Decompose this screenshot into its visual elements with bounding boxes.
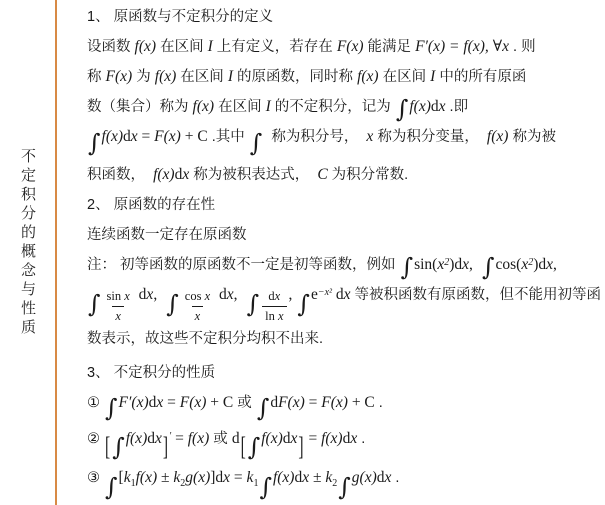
integral-sign: ∫ <box>88 131 101 155</box>
integral-sign: ∫ <box>105 475 118 499</box>
big-bracket: [ <box>105 433 110 464</box>
text-run: 或 <box>233 391 256 412</box>
math-italic: F(x) <box>106 68 133 86</box>
superscript: ′ <box>169 431 171 442</box>
text-run: 称为被 <box>508 125 556 146</box>
property-3: ③ ∫[k1f(x) ± k2g(x)]dx = k1∫f(x)dx ± k2∫… <box>87 469 601 505</box>
text-run: 中的所有原函 <box>435 65 526 86</box>
note-line-1: 注： 初等函数的原函数不一定是初等函数，例如 ∫sin(x2)dx, ∫cos(… <box>87 253 601 283</box>
existence-statement: 连续函数一定存在原函数 <box>87 223 601 253</box>
math-italic: x <box>195 309 201 323</box>
text-run <box>473 257 481 273</box>
integral-sign: ∫ <box>166 292 179 316</box>
section-1-heading: 1、 原函数与不定积分的定义 <box>87 5 601 35</box>
math-italic: f(x) <box>273 469 295 487</box>
math-italic: x <box>437 256 444 274</box>
math-roman: + C <box>348 394 375 412</box>
math-italic: F′(x) = f(x), <box>415 38 489 56</box>
math-italic: x <box>124 289 130 303</box>
math-italic: x <box>182 166 189 184</box>
math-roman: + C <box>206 394 233 412</box>
math-roman: d <box>135 286 147 304</box>
big-bracket: ] <box>163 433 168 464</box>
text-run: 连续函数一定存在原函数 <box>87 223 247 244</box>
subscript: 1 <box>253 478 258 489</box>
text-run: ③ <box>87 470 104 486</box>
math-roman: e <box>311 286 318 304</box>
integral-sign: ∫ <box>112 435 125 459</box>
math-italic: f(x) <box>153 166 175 184</box>
text-run: ② <box>87 431 104 447</box>
math-roman: = <box>163 394 180 412</box>
note-line-2: ∫sin xx dx, ∫cos xx dx, ∫dxln x, ∫e−x² d… <box>87 283 601 327</box>
math-italic: x <box>521 256 528 274</box>
math-italic: x <box>350 430 357 448</box>
text-run: 数（集合）称为 <box>87 95 193 116</box>
text-run: 3、 不定积分的性质 <box>87 361 215 382</box>
math-italic: F(x) <box>154 128 181 146</box>
note-line-3: 数表示，故这些不定积分均积不出来. <box>87 327 601 361</box>
integral-sign: ∫ <box>401 255 414 279</box>
math-italic: x <box>227 286 234 304</box>
text-run: 注： 初等函数的原函数不一定是初等函数，例如 <box>87 253 400 274</box>
section-2-heading: 2、 原函数的存在性 <box>87 193 601 223</box>
math-roman: , <box>553 256 557 274</box>
math-italic: f(x) <box>126 430 148 448</box>
fraction: dxln x <box>262 287 286 325</box>
math-roman: = <box>305 430 322 448</box>
text-run: . <box>391 470 399 486</box>
chapter-title-vertical: 不定积分的概念与性质 <box>17 148 38 338</box>
math-roman: + C <box>181 128 208 146</box>
integral-sign: ∫ <box>396 97 409 121</box>
math-roman: d <box>147 430 155 448</box>
math-roman: ]d <box>210 469 223 487</box>
math-italic: g(x) <box>185 469 210 487</box>
text-run: 在区间 <box>379 65 431 86</box>
math-italic: x <box>366 128 373 146</box>
math-italic: k <box>173 469 180 487</box>
superscript: 2 <box>444 257 449 268</box>
big-bracket: ] <box>298 433 303 464</box>
text-run: 的不定积分，记为 <box>271 95 395 116</box>
text-run: . <box>357 431 365 447</box>
math-italic: x <box>462 256 469 274</box>
math-roman: sin( <box>414 256 437 274</box>
math-italic: x <box>223 469 230 487</box>
text-run: 称为积分号， <box>263 125 366 146</box>
math-italic: f(x) <box>135 38 157 56</box>
text-run: 称为积分变量， <box>373 125 487 146</box>
text-run: 积函数， <box>87 163 153 184</box>
text-run: 为 <box>132 65 155 86</box>
math-roman: sin <box>107 289 125 303</box>
text-run: 2、 原函数的存在性 <box>87 193 215 214</box>
math-roman: )d <box>449 256 462 274</box>
fraction: sin xx <box>104 287 133 325</box>
integral-sign: ∫ <box>105 396 118 420</box>
math-italic: x <box>439 98 446 116</box>
math-roman: cos <box>185 289 205 303</box>
math-italic: f(x) <box>155 68 177 86</box>
subscript: 1 <box>131 478 136 489</box>
page: 不定积分的概念与性质 1、 原函数与不定积分的定义设函数 f(x) 在区间 I … <box>0 0 605 505</box>
math-italic: F(x) <box>180 394 207 412</box>
definition-line-4: 积函数， f(x)dx 称为被积表达式， C 为积分常数. <box>87 163 601 193</box>
math-italic: x <box>502 38 509 56</box>
text-run: . 则 <box>509 35 536 56</box>
integral-sign: ∫ <box>257 396 270 420</box>
property-1: ① ∫F′(x)dx = F(x) + C 或 ∫dF(x) = F(x) + … <box>87 391 601 427</box>
integral-sign: ∫ <box>248 435 261 459</box>
math-roman: d <box>215 286 227 304</box>
text-run: 为积分常数. <box>328 163 409 184</box>
text-run: 或 <box>209 427 232 448</box>
math-roman: = <box>171 430 188 448</box>
superscript: 2 <box>528 257 533 268</box>
text-run: 1、 原函数与不定积分的定义 <box>87 5 273 26</box>
math-italic: x <box>278 309 284 323</box>
text-run: 在区间 <box>156 35 208 56</box>
text-run: 数表示，故这些不定积分均积不出来. <box>87 327 323 348</box>
text-run: 在区间 <box>214 95 266 116</box>
math-italic: f(x) <box>102 128 124 146</box>
integral-formula-line: ∫f(x)dx = F(x) + C .其中 ∫ 称为积分号， x 称为积分变量… <box>87 125 601 163</box>
math-roman: d <box>270 394 278 412</box>
math-roman: )d <box>533 256 546 274</box>
text-run: ① <box>87 395 104 411</box>
math-italic: x <box>344 286 351 304</box>
definition-line-3: 数（集合）称为 f(x) 在区间 I 的不定积分，记为 ∫f(x)dx .即 <box>87 95 601 125</box>
math-italic: x <box>155 430 162 448</box>
math-italic: x <box>115 309 121 323</box>
math-roman: ± <box>309 469 325 487</box>
math-italic: x <box>156 394 163 412</box>
math-italic: x <box>302 469 309 487</box>
subscript: 2 <box>180 478 185 489</box>
math-roman: cos( <box>495 256 521 274</box>
text-run <box>292 287 296 303</box>
math-italic: g(x) <box>352 469 377 487</box>
math-italic: f(x) <box>193 98 215 116</box>
math-italic: k <box>247 469 254 487</box>
definition-line-2: 称 F(x) 为 f(x) 在区间 I 的原函数，同时称 f(x) 在区间 I … <box>87 65 601 95</box>
math-italic: x <box>131 128 138 146</box>
math-roman: ∀ <box>493 37 502 56</box>
math-italic: f(x) <box>261 430 283 448</box>
text-run: .即 <box>446 95 469 116</box>
integral-sign: ∫ <box>88 292 101 316</box>
math-italic: F(x) <box>337 38 364 56</box>
math-italic: k <box>124 469 131 487</box>
fraction: cos xx <box>182 287 213 325</box>
math-roman: = <box>230 469 247 487</box>
math-italic: f(x) <box>357 68 379 86</box>
integral-sign: ∫ <box>250 131 263 155</box>
text-run: 能满足 <box>364 35 416 56</box>
math-roman: d <box>232 430 240 448</box>
text-run: . <box>375 395 383 411</box>
math-roman: ± <box>157 469 173 487</box>
text-run <box>157 287 165 303</box>
text-run: 在区间 <box>176 65 228 86</box>
content-area: 1、 原函数与不定积分的定义设函数 f(x) 在区间 I 上有定义，若存在 F(… <box>57 0 605 505</box>
section-3-heading: 3、 不定积分的性质 <box>87 361 601 391</box>
math-roman: d <box>332 286 344 304</box>
math-italic: F(x) <box>321 394 348 412</box>
math-italic: x <box>291 430 298 448</box>
text-run: 等被积函数有原函数，但不能用初等函 <box>351 283 602 304</box>
math-italic: f(x) <box>136 469 158 487</box>
integral-sign: ∫ <box>247 292 260 316</box>
text-run: .其中 <box>208 125 249 146</box>
definition-line-1: 设函数 f(x) 在区间 I 上有定义，若存在 F(x) 能满足 F′(x) =… <box>87 35 601 65</box>
math-italic: f(x) <box>321 430 343 448</box>
math-roman: = <box>138 128 155 146</box>
sidebar: 不定积分的概念与性质 <box>0 0 55 505</box>
text-run: 设函数 <box>87 35 135 56</box>
math-italic: x <box>546 256 553 274</box>
math-roman: d <box>123 128 131 146</box>
math-italic: x <box>146 286 153 304</box>
math-italic: x <box>275 289 281 303</box>
integral-sign: ∫ <box>338 475 351 499</box>
math-italic: x <box>384 469 391 487</box>
math-italic: x <box>205 289 211 303</box>
property-2: ② [∫f(x)dx]′ = f(x) 或 d[∫f(x)dx] = f(x)d… <box>87 427 601 469</box>
math-italic: C <box>317 166 327 184</box>
text-run: 上有定义，若存在 <box>213 35 337 56</box>
math-italic: k <box>325 469 332 487</box>
math-italic: f(x) <box>487 128 509 146</box>
math-italic: F′(x) <box>119 394 149 412</box>
math-italic: f(x) <box>188 430 210 448</box>
math-italic: F(x) <box>278 394 305 412</box>
integral-sign: ∫ <box>259 475 272 499</box>
integral-sign: ∫ <box>482 255 495 279</box>
superscript: −x² <box>318 287 332 298</box>
math-roman: = <box>305 394 322 412</box>
integral-sign: ∫ <box>297 292 310 316</box>
text-run: 称 <box>87 65 106 86</box>
math-roman: ln <box>265 309 278 323</box>
big-bracket: [ <box>241 433 246 464</box>
math-italic: f(x) <box>409 98 431 116</box>
text-run: 称为被积表达式， <box>189 163 317 184</box>
subscript: 2 <box>332 478 337 489</box>
math-roman: d <box>283 430 291 448</box>
text-run <box>238 287 246 303</box>
text-run: 的原函数，同时称 <box>233 65 357 86</box>
math-roman: d <box>431 98 439 116</box>
